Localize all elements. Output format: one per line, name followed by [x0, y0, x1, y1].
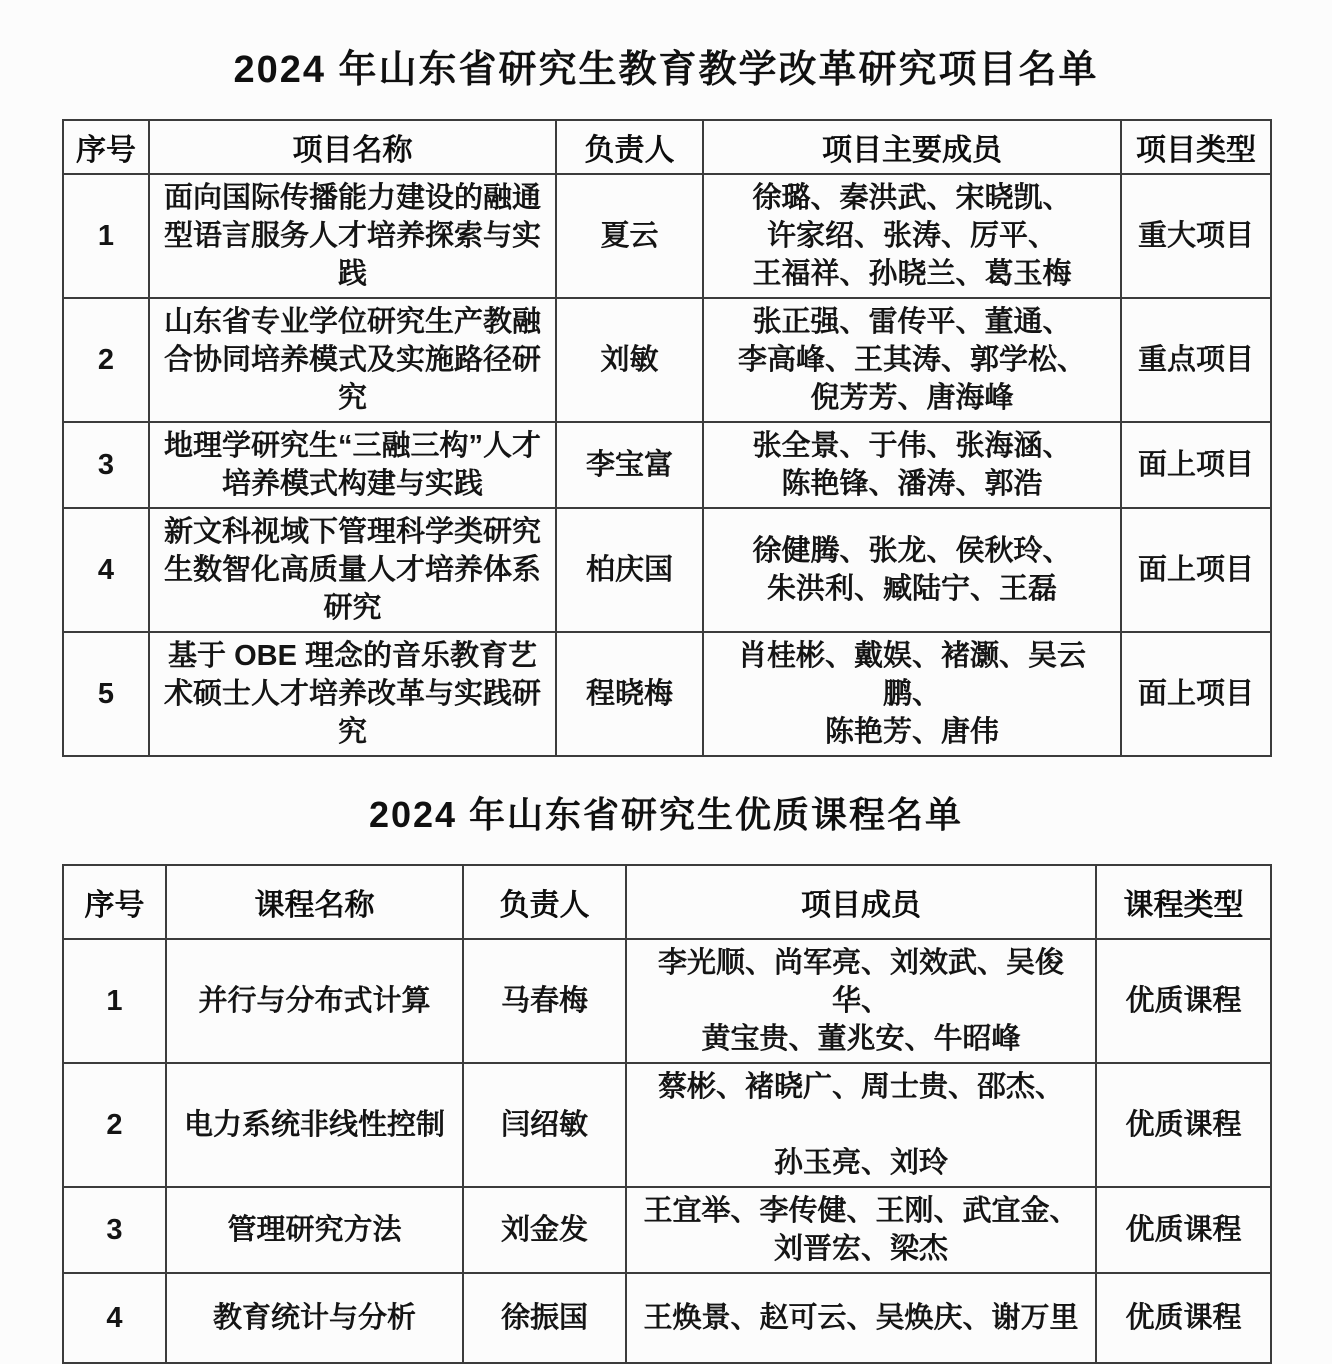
course-type: 优质课程	[1096, 1273, 1271, 1363]
col-header-no: 序号	[63, 865, 166, 939]
row-number: 1	[63, 939, 166, 1063]
row-number: 3	[63, 1187, 166, 1273]
course-leader: 马春梅	[463, 939, 626, 1063]
course-name: 教育统计与分析	[166, 1273, 463, 1363]
project-leader: 程晓梅	[556, 632, 703, 756]
course-members: 王焕景、赵可云、吴焕庆、谢万里	[626, 1273, 1096, 1363]
row-number: 2	[63, 1063, 166, 1187]
project-name: 地理学研究生“三融三构”人才培养模式构建与实践	[149, 422, 556, 508]
table-row: 1 面向国际传播能力建设的融通型语言服务人才培养探索与实践 夏云 徐璐、秦洪武、…	[63, 174, 1271, 298]
course-name: 并行与分布式计算	[166, 939, 463, 1063]
project-leader: 柏庆国	[556, 508, 703, 632]
col-header-members: 项目主要成员	[703, 120, 1121, 174]
project-name: 基于 OBE 理念的音乐教育艺术硕士人才培养改革与实践研究	[149, 632, 556, 756]
table-row: 3 管理研究方法 刘金发 王宜举、李传健、王刚、武宜金、 刘晋宏、梁杰 优质课程	[63, 1187, 1271, 1273]
document-page: 2024 年山东省研究生教育教学改革研究项目名单 序号 项目名称 负责人 项目主…	[0, 0, 1332, 1280]
row-number: 1	[63, 174, 149, 298]
project-members: 徐璐、秦洪武、宋晓凯、 许家绍、张涛、厉平、 王福祥、孙晓兰、葛玉梅	[703, 174, 1121, 298]
row-number: 4	[63, 508, 149, 632]
col-header-leader: 负责人	[556, 120, 703, 174]
project-name: 面向国际传播能力建设的融通型语言服务人才培养探索与实践	[149, 174, 556, 298]
project-leader: 夏云	[556, 174, 703, 298]
project-name: 新文科视域下管理科学类研究生数智化高质量人才培养体系研究	[149, 508, 556, 632]
course-type: 优质课程	[1096, 1187, 1271, 1273]
row-number: 5	[63, 632, 149, 756]
course-name: 电力系统非线性控制	[166, 1063, 463, 1187]
row-number: 3	[63, 422, 149, 508]
col-header-type: 项目类型	[1121, 120, 1271, 174]
row-number: 2	[63, 298, 149, 422]
project-name: 山东省专业学位研究生产教融合协同培养模式及实施路径研究	[149, 298, 556, 422]
courses-header-row: 序号 课程名称 负责人 项目成员 课程类型	[63, 865, 1271, 939]
project-type: 面上项目	[1121, 422, 1271, 508]
table-row: 2 山东省专业学位研究生产教融合协同培养模式及实施路径研究 刘敏 张正强、雷传平…	[63, 298, 1271, 422]
project-type: 面上项目	[1121, 632, 1271, 756]
row-number: 4	[63, 1273, 166, 1363]
project-members: 张全景、于伟、张海涵、 陈艳锋、潘涛、郭浩	[703, 422, 1121, 508]
table-row: 3 地理学研究生“三融三构”人才培养模式构建与实践 李宝富 张全景、于伟、张海涵…	[63, 422, 1271, 508]
project-leader: 李宝富	[556, 422, 703, 508]
project-members: 肖桂彬、戴娱、褚灏、吴云鹏、 陈艳芳、唐伟	[703, 632, 1121, 756]
course-members: 王宜举、李传健、王刚、武宜金、 刘晋宏、梁杰	[626, 1187, 1096, 1273]
col-header-project-name: 项目名称	[149, 120, 556, 174]
table-row: 4 教育统计与分析 徐振国 王焕景、赵可云、吴焕庆、谢万里 优质课程	[63, 1273, 1271, 1363]
courses-table: 序号 课程名称 负责人 项目成员 课程类型 1 并行与分布式计算 马春梅 李光顺…	[62, 864, 1272, 1364]
col-header-course-name: 课程名称	[166, 865, 463, 939]
table-row: 2 电力系统非线性控制 闫绍敏 蔡彬、褚晓广、周士贵、邵杰、 孙玉亮、刘玲 优质…	[63, 1063, 1271, 1187]
project-members: 徐健腾、张龙、侯秋玲、 朱洪利、臧陆宁、王磊	[703, 508, 1121, 632]
project-leader: 刘敏	[556, 298, 703, 422]
course-leader: 刘金发	[463, 1187, 626, 1273]
projects-header-row: 序号 项目名称 负责人 项目主要成员 项目类型	[63, 120, 1271, 174]
project-type: 重点项目	[1121, 298, 1271, 422]
course-members: 蔡彬、褚晓广、周士贵、邵杰、 孙玉亮、刘玲	[626, 1063, 1096, 1187]
table-row: 1 并行与分布式计算 马春梅 李光顺、尚军亮、刘效武、吴俊华、 黄宝贵、董兆安、…	[63, 939, 1271, 1063]
project-type: 重大项目	[1121, 174, 1271, 298]
course-type: 优质课程	[1096, 1063, 1271, 1187]
project-members: 张正强、雷传平、董通、 李高峰、王其涛、郭学松、 倪芳芳、唐海峰	[703, 298, 1121, 422]
course-members: 李光顺、尚军亮、刘效武、吴俊华、 黄宝贵、董兆安、牛昭峰	[626, 939, 1096, 1063]
col-header-leader: 负责人	[463, 865, 626, 939]
projects-table-title: 2024 年山东省研究生教育教学改革研究项目名单	[62, 38, 1270, 93]
table-row: 5 基于 OBE 理念的音乐教育艺术硕士人才培养改革与实践研究 程晓梅 肖桂彬、…	[63, 632, 1271, 756]
course-name: 管理研究方法	[166, 1187, 463, 1273]
col-header-members: 项目成员	[626, 865, 1096, 939]
col-header-course-type: 课程类型	[1096, 865, 1271, 939]
projects-table: 序号 项目名称 负责人 项目主要成员 项目类型 1 面向国际传播能力建设的融通型…	[62, 119, 1272, 757]
project-type: 面上项目	[1121, 508, 1271, 632]
course-leader: 徐振国	[463, 1273, 626, 1363]
courses-table-title: 2024 年山东省研究生优质课程名单	[62, 787, 1270, 838]
col-header-no: 序号	[63, 120, 149, 174]
course-type: 优质课程	[1096, 939, 1271, 1063]
table-row: 4 新文科视域下管理科学类研究生数智化高质量人才培养体系研究 柏庆国 徐健腾、张…	[63, 508, 1271, 632]
course-leader: 闫绍敏	[463, 1063, 626, 1187]
